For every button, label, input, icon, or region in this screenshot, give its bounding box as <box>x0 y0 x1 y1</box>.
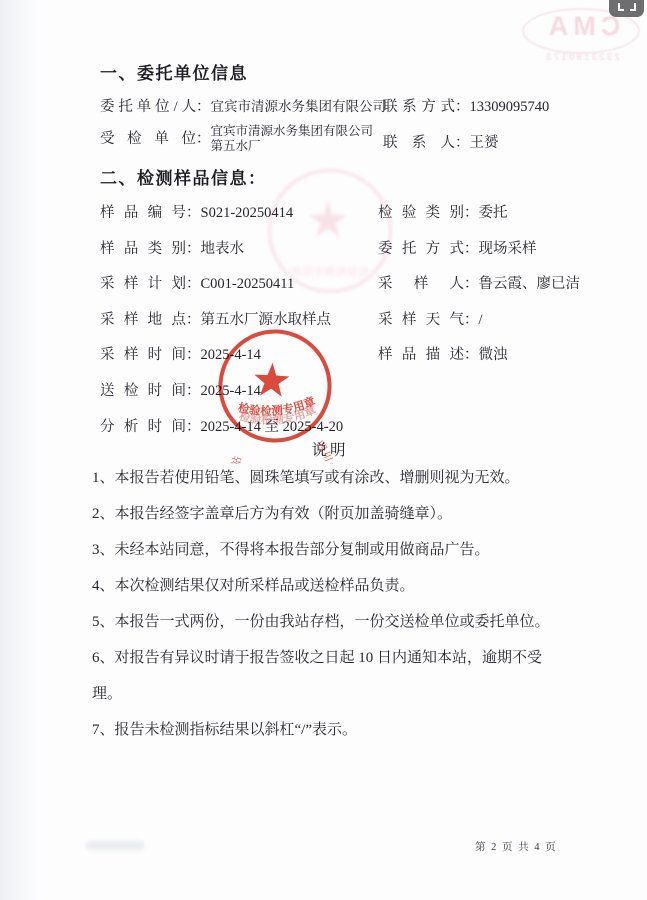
bleed-smudge <box>86 841 144 850</box>
crop-icon-glyph <box>618 0 636 12</box>
inspected-unit-row: 受检单位：宜宾市清源水务集团有限公司第五水厂 <box>100 124 373 154</box>
scan-edge-shadow <box>0 0 40 900</box>
note-item: 2、本报告经签字盖章后方为有效（附页加盖骑缝章）。 <box>92 496 589 532</box>
table-row: 样品编号：S021-20250414 检验类别：委托 <box>100 196 600 232</box>
field-label: 送检时间 <box>100 374 186 410</box>
section1-title: 一、委托单位信息 <box>100 59 248 84</box>
field-value: 微浊 <box>479 347 508 363</box>
colon: ： <box>196 131 211 147</box>
contact-person-value: 王赟 <box>470 135 499 151</box>
colon: ： <box>455 99 470 115</box>
field-value: / <box>479 312 483 328</box>
page-number: 第 2 页 共 4 页 <box>475 839 557 854</box>
crop-icon[interactable] <box>609 0 644 17</box>
seal-star-icon <box>253 362 290 397</box>
notes-list: 1、本报告若使用铅笔、圆珠笔填写或有涂改、增删则视为无效。 2、本报告经签字盖章… <box>92 460 589 748</box>
client-value: 宜宾市清源水务集团有限公司 <box>211 99 387 114</box>
field-value: 委托 <box>479 205 508 221</box>
field-value: C001-20250411 <box>201 276 295 292</box>
colon: ： <box>196 99 211 115</box>
note-item: 6、对报告有异议时请于报告签收之日起 10 日内通知本站，逾期不受理。 <box>92 640 565 712</box>
field-label: 采样地点 <box>100 303 186 339</box>
note-item: 7、报告未检测指标结果以斜杠“/”表示。 <box>92 712 589 748</box>
field-label: 采样时间 <box>100 338 186 374</box>
note-item: 3、未经本站同意，不得将本报告部分复制或用做商品广告。 <box>92 532 589 568</box>
field-label: 采样计划 <box>100 267 186 303</box>
field-value: S021-20250414 <box>201 205 294 221</box>
field-label: 委托方式 <box>378 232 464 268</box>
field-value: 地表水 <box>201 241 245 257</box>
field-label: 采样天气 <box>378 303 464 339</box>
field-label: 检验类别 <box>378 196 464 232</box>
contact-label: 联系方式 <box>383 97 455 117</box>
table-row: 采样计划：C001-20250411 采样人：鲁云霞、廖已洁 <box>100 267 600 303</box>
contact-value: 13309095740 <box>470 99 550 115</box>
note-item: 4、本次检测结果仅对所采样品或送检样品负责。 <box>92 568 589 604</box>
field-label: 样品类别 <box>100 232 186 268</box>
contact-person-row: 联系人：王赟 <box>383 133 499 153</box>
contact-person-label: 联系人 <box>383 133 455 153</box>
official-seal: 四川省城市供排水水质监测网宜宾监测站 检验检测专用章 检验检测专用章 <box>197 308 353 464</box>
inspected-unit-value: 宜宾市清源水务集团有限公司第五水厂 <box>211 124 374 154</box>
cma-certificate-number: 2323190173 <box>522 52 642 63</box>
inspected-unit-label: 受检单位 <box>100 124 196 154</box>
field-label: 样品编号 <box>100 196 186 232</box>
note-item: 5、本报告一式两份，一份由我站存档，一份交送检单位或委托单位。 <box>92 604 589 640</box>
table-row: 样品类别：地表水 委托方式：现场采样 <box>100 232 600 268</box>
contact-row: 联系方式：13309095740 <box>383 97 549 117</box>
client-label: 委托单位/人 <box>100 97 196 117</box>
field-value: 鲁云霞、廖已洁 <box>479 276 581 292</box>
field-value: 现场采样 <box>479 241 537 257</box>
field-label: 样品描述 <box>378 338 464 374</box>
field-label: 采样人 <box>378 267 464 303</box>
report-page: CMA 2323190173 检验检测专用章 一、委托单位信息 委托单位/人：宜… <box>0 0 647 900</box>
colon: ： <box>455 135 470 151</box>
section2-title: 二、检测样品信息： <box>100 164 267 189</box>
client-row: 委托单位/人：宜宾市清源水务集团有限公司 <box>100 97 386 117</box>
note-item: 1、本报告若使用铅笔、圆珠笔填写或有涂改、增删则视为无效。 <box>92 460 589 496</box>
